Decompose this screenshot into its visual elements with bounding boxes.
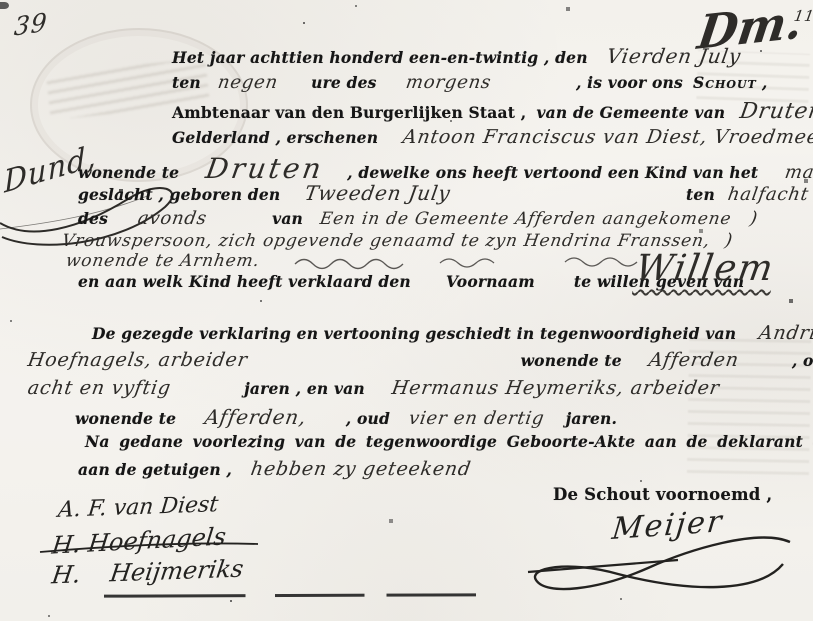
line11-printed: De gezegde verklaring en vertooning gesc…: [92, 324, 736, 343]
line6-hour-handwritten: halfacht: [726, 184, 810, 205]
line16-printed: aan de getuigen ,: [78, 460, 232, 479]
line5-printed-wonende: wonende te: [78, 163, 179, 182]
line2-printed-comma: ,: [762, 73, 768, 92]
line10-printed-voornaam: Voornaam: [446, 272, 535, 291]
line14-printed-oud: , oud: [346, 409, 390, 428]
line14-printed-wonende: wonende te: [75, 409, 176, 428]
line16-handwritten: hebben zy geteekend: [249, 458, 472, 480]
line5-printed-dewelke: , dewelke ons heeft vertoond een Kind va…: [347, 163, 758, 182]
line4-declarant-handwritten: Antoon Franciscus van Diest, Vroedmeeste…: [402, 126, 813, 148]
folio-number: 39: [13, 7, 49, 41]
line4-printed: Gelderland , erschenen: [172, 128, 378, 147]
line1-printed: Het jaar achttien honderd een-en-twintig…: [172, 48, 588, 67]
line13-printed: jaren , en van: [244, 379, 365, 398]
line10-printed-a: en aan welk Kind heeft verklaard den: [78, 272, 411, 291]
line7-daypart-handwritten: avonds: [136, 208, 208, 229]
child-name-handwritten: Willem: [633, 248, 778, 289]
line12-printed-wonende: wonende te: [521, 351, 622, 370]
line6-printed-ten: ten: [686, 185, 715, 204]
line5-gender-handwritten: manlyk: [784, 162, 813, 183]
line7-handwritten: Een in de Gemeente Afferden aangekomene: [319, 209, 733, 229]
line3-printed-italic: van de Gemeente van: [536, 103, 725, 122]
scan-edge-artifact: [104, 593, 476, 597]
line12-printed-oud: , oud: [792, 351, 813, 370]
line9-handwritten: wonende te Arnhem.: [64, 251, 261, 271]
witness1-signature-stroke: [40, 540, 260, 556]
witness1-firstname-handwritten: Andries: [758, 322, 813, 344]
witness1-surname-handwritten: Hoefnagels, arbeider: [26, 349, 249, 371]
line12-place-handwritten: Afferden: [647, 349, 740, 371]
scanned-birth-certificate: 39 Dm. 11 Dund, Het jaar achttien honder…: [0, 0, 813, 621]
schout-title: De Schout voornoemd ,: [553, 485, 772, 504]
line2-printed-voorons: , is voor ons: [576, 73, 683, 92]
scan-edge-artifact: [0, 2, 9, 9]
line3-printed-upright: Ambtenaar van den Burgerlijken Staat ,: [172, 103, 526, 122]
witness1-age-handwritten: acht en vyftig: [26, 377, 172, 399]
line7-printed-des: des: [78, 209, 108, 228]
line7-paren-flourish: ): [749, 208, 760, 229]
line2-printed-ten: ten: [172, 73, 201, 92]
line14-place-handwritten: Afferden,: [203, 405, 308, 429]
line14-printed-jaren: jaren.: [566, 409, 618, 428]
line6-printed-geslacht: geslacht , geboren den: [78, 185, 280, 204]
line1-date-handwritten: Vierden July: [605, 44, 743, 68]
line8-handwritten: Vrouwspersoon, zich opgevende genaamd te…: [60, 231, 711, 251]
schout-signature-flourish: [528, 530, 798, 600]
scan-noise: [0, 0, 2, 2]
line2-daypart-handwritten: morgens: [404, 72, 492, 93]
witness2-signature: H. Heijmeriks: [50, 555, 245, 590]
line2-hour-handwritten: negen: [216, 72, 279, 93]
witness2-age-handwritten: vier en dertig: [407, 408, 546, 429]
line2-printed-uredes: ure des: [311, 73, 377, 92]
line2-printed-schout: Schout: [693, 73, 757, 92]
line15-printed: Na gedane voorlezing van de tegenwoordig…: [85, 432, 813, 451]
line3-gemeente-handwritten: Druten: [738, 99, 813, 124]
line6-birthdate-handwritten: Tweeden July: [304, 181, 453, 205]
page-number: 11: [793, 7, 813, 25]
declarant-signature: A. F. van Diest: [57, 492, 220, 523]
line7-printed-van: van: [272, 209, 303, 228]
witness2-name-handwritten: Hermanus Heymeriks, arbeider: [390, 377, 721, 399]
